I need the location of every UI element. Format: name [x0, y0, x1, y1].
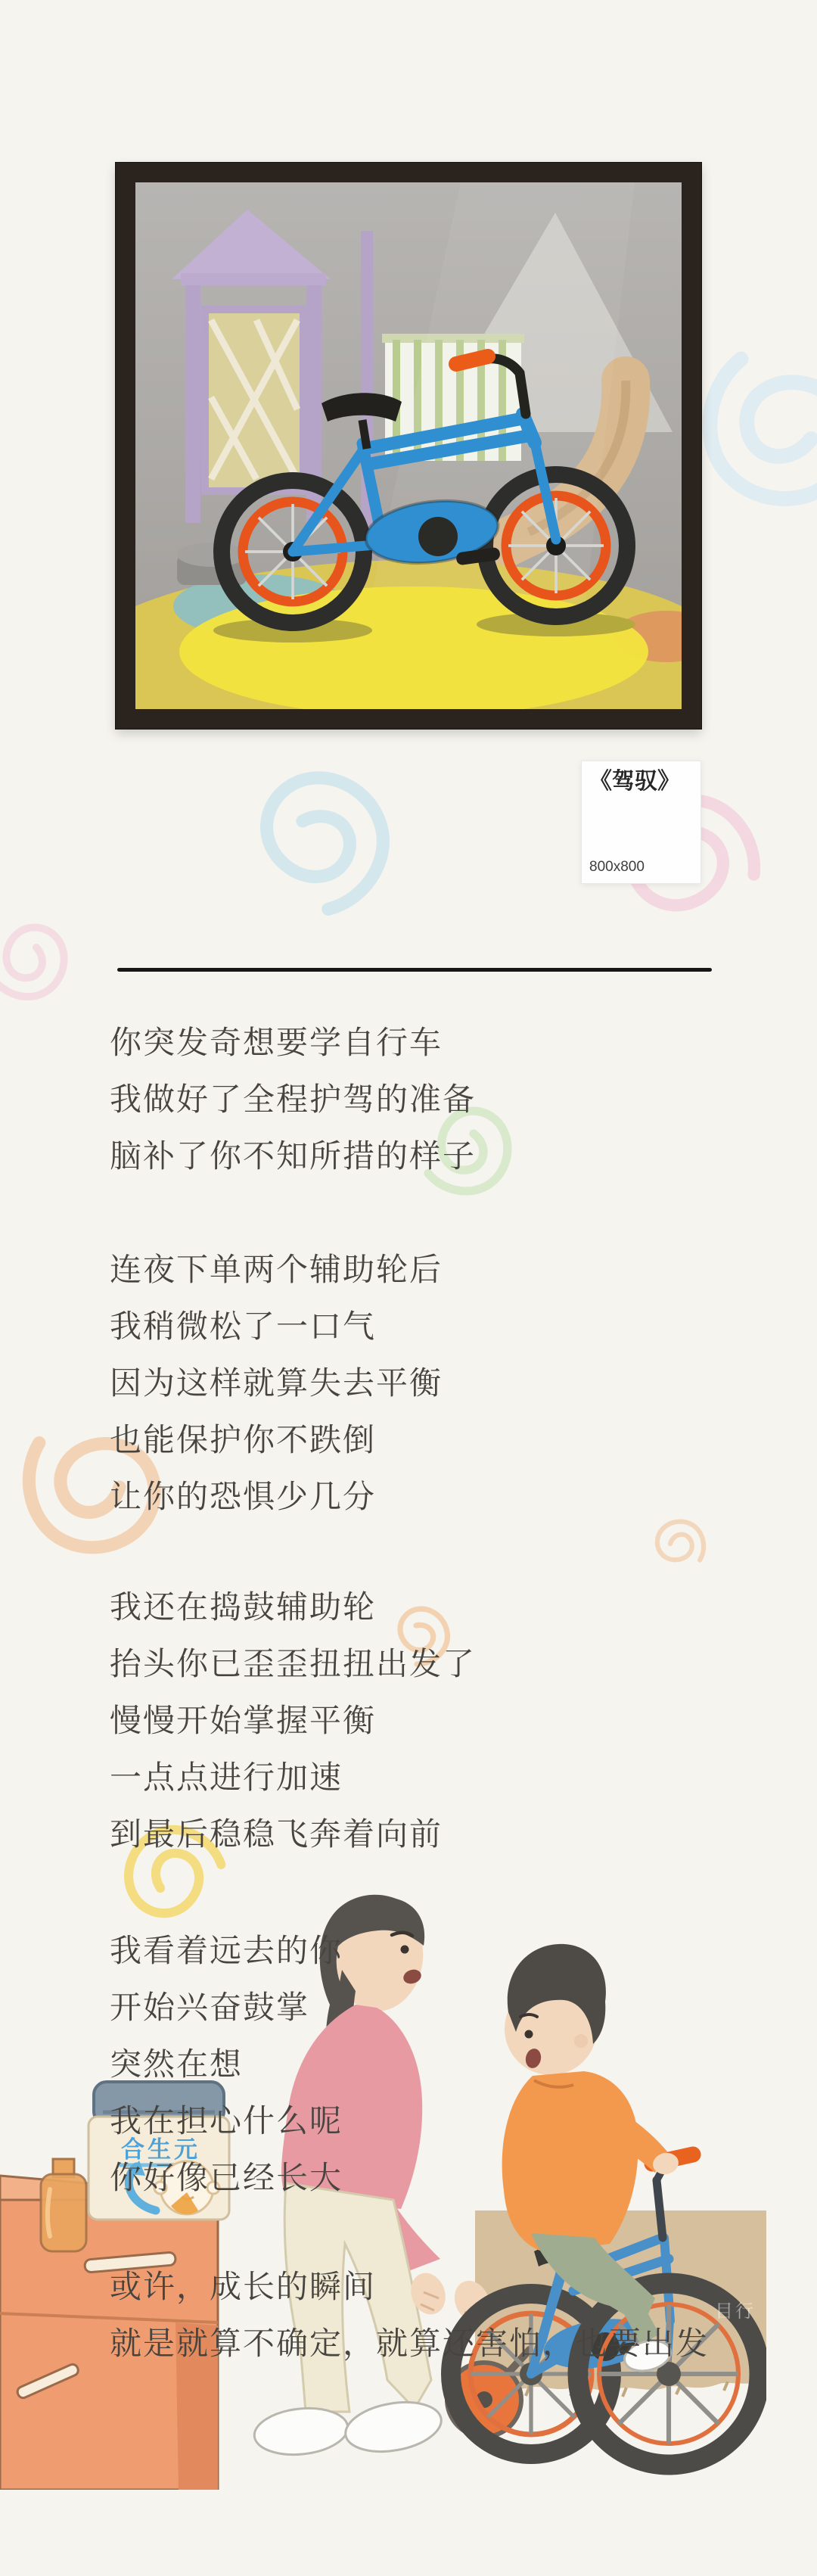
poem-line: 你突发奇想要学自行车 — [110, 1014, 476, 1071]
poem-line: 开始兴奋鼓掌 — [110, 1979, 343, 2036]
child-shirt — [502, 2071, 638, 2253]
front-wheel — [485, 474, 627, 617]
poem-line: 让你的恐惧少几分 — [110, 1468, 443, 1525]
mother-shoe-right — [342, 2395, 446, 2458]
artwork-bicycle-picture — [135, 182, 682, 709]
poem-line: 你好像已经长大 — [110, 2149, 343, 2206]
poem-line: 突然在想 — [110, 2036, 343, 2092]
child-ear — [574, 2034, 588, 2048]
spiral-doodle-blue — [242, 760, 403, 920]
poem-line: 慢慢开始掌握平衡 — [110, 1692, 476, 1749]
section-divider — [117, 968, 712, 972]
poem-line: 到最后稳稳飞奔着向前 — [110, 1806, 476, 1862]
child-eye — [525, 2030, 533, 2039]
caption-card: 《驾驭》 800x800 — [581, 761, 701, 884]
poem-line: 我在担心什么呢 — [110, 2092, 343, 2149]
poem-line: 或许，成长的瞬间 — [110, 2258, 709, 2315]
watermark-text: 目行 — [715, 2296, 756, 2322]
poem-line: 我看着远去的你 — [110, 1922, 343, 1979]
poem-line: 连夜下单两个辅助轮后 — [110, 1241, 443, 1298]
spiral-doodle-orange-tiny — [652, 1515, 710, 1572]
poem-line: 也能保护你不跌倒 — [110, 1411, 443, 1468]
poem-line: 我稍微松了一口气 — [110, 1298, 443, 1355]
poem-line: 因为这样就算失去平衡 — [110, 1355, 443, 1411]
poem-line: 脑补了你不知所措的样子 — [110, 1128, 476, 1184]
article-page: 《驾驭》 800x800 你突发奇想要学自行车我做好了全程护驾的准备脑补了你不知… — [0, 0, 817, 2576]
mother-shoe-left — [252, 2404, 350, 2459]
spiral-doodle-pink-small — [0, 921, 69, 1003]
poem-line: 就是就算不确定，就算还害怕，也要出发 — [110, 2315, 709, 2372]
poem-line: 一点点进行加速 — [110, 1749, 476, 1806]
poem-stanza: 连夜下单两个辅助轮后我稍微松了一口气因为这样就算失去平衡也能保护你不跌倒让你的恐… — [110, 1241, 443, 1525]
poem-line: 我做好了全程护驾的准备 — [110, 1071, 476, 1128]
poem-line: 抬头你已歪歪扭扭出发了 — [110, 1635, 476, 1692]
amber-bottle — [41, 2159, 86, 2251]
artwork-title: 《驾驭》 — [589, 769, 693, 795]
mother-eye — [401, 1946, 409, 1954]
poem-stanza: 我还在捣鼓辅助轮抬头你已歪歪扭扭出发了慢慢开始掌握平衡一点点进行加速到最后稳稳飞… — [110, 1579, 476, 1862]
spiral-doodle-blue-right — [710, 359, 817, 499]
handlebar-grip — [456, 356, 488, 364]
poem-stanza: 或许，成长的瞬间就是就算不确定，就算还害怕，也要出发 — [110, 2258, 709, 2372]
artwork-frame[interactable] — [116, 163, 701, 729]
poem-stanza: 你突发奇想要学自行车我做好了全程护驾的准备脑补了你不知所措的样子 — [110, 1014, 476, 1184]
poem-line: 我还在捣鼓辅助轮 — [110, 1579, 476, 1635]
poem-stanza: 我看着远去的你开始兴奋鼓掌突然在想我在担心什么呢你好像已经长大 — [110, 1922, 343, 2206]
artwork-size-label: 800x800 — [589, 859, 645, 876]
